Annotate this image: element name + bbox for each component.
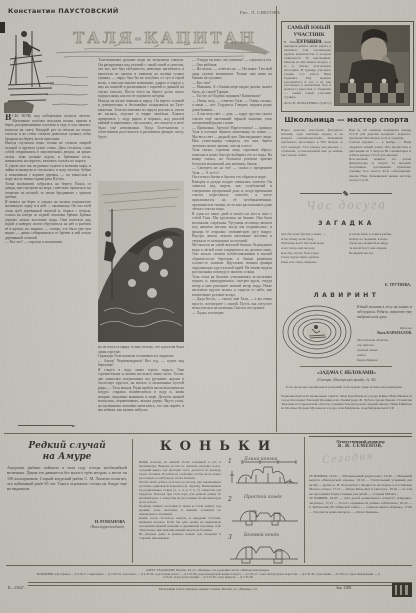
vertical-rule bbox=[276, 6, 277, 432]
skate-diagrams: 1 Длина конька 2 Простой конёк 3 Беговой… bbox=[226, 453, 300, 565]
editor-block: Ответственный редактор В. И. СЕМЕНОВ. bbox=[309, 436, 412, 449]
story-column-2-bottom: но не попал в марку только потому, что я… bbox=[98, 345, 184, 428]
footer-stamp bbox=[392, 583, 412, 597]
svg-text:2: 2 bbox=[227, 496, 232, 503]
radio-script-header: Сегодня bbox=[322, 450, 375, 466]
riddle-author: Е. ТРУТНЕВА. bbox=[345, 283, 411, 287]
vertical-rule bbox=[304, 437, 305, 563]
svg-text:Простой конёк: Простой конёк bbox=[243, 493, 282, 500]
story-column-2-top: Тале-капитана дальние воды не волновали … bbox=[98, 58, 184, 179]
vertical-rule bbox=[132, 439, 133, 563]
apples-intro: Есть несколько правильных решений этой з… bbox=[286, 385, 407, 389]
svg-text:1: 1 bbox=[228, 458, 232, 465]
footer-printer: Типография газеты «Правда» имени Сталина… bbox=[60, 587, 356, 591]
radio-listings: 28 НОЯБРЯ, 16.00 — Музыкальный радиосеан… bbox=[309, 474, 412, 562]
footer-order: Зак. 2388. bbox=[336, 586, 352, 590]
labyrinth-maze-illustration bbox=[281, 303, 353, 361]
newspaper-page: Константин ПАУСТОВСКИЙ Рис. Л. СНЕГОВА. … bbox=[0, 0, 416, 613]
skates-body: Найди полоску из мягкой стали толщиной в… bbox=[139, 460, 221, 563]
riddle-headline: ЗАГАДКА bbox=[281, 220, 412, 227]
amur-author: Н. РОМАНОВА bbox=[7, 519, 125, 524]
footer-code: В—13647. bbox=[8, 586, 25, 590]
labyrinth-sent-by: Прислал bbox=[357, 326, 412, 330]
labyrinth-sender: Вася КАРАМАЛОВ. bbox=[357, 331, 412, 335]
apples-solvers: Первыми прислали правильные ответы: Лида… bbox=[281, 394, 412, 429]
photo-credit: Фото В. ЛОПАТЕНКО. (ТАСС). bbox=[284, 101, 332, 105]
pier-illustration bbox=[2, 25, 90, 113]
footer-rule bbox=[6, 565, 412, 566]
story-column-1-text: СЮ НОЧЬ над побережьем шумела метель. Ма… bbox=[5, 114, 91, 244]
labyrinth-headline: ЛАВИРИНТ bbox=[281, 292, 412, 299]
school-headline: Школьница — мастер спорта bbox=[281, 115, 412, 124]
amur-headline: Редкий случай на Амуре bbox=[6, 441, 128, 463]
editor-name: В. И. СЕМЕНОВ. bbox=[309, 444, 412, 449]
svg-text:Беговой конёк: Беговой конёк bbox=[243, 531, 279, 538]
svg-text:3: 3 bbox=[228, 534, 232, 541]
story-column-3: — Откуда ты взял, что капитан? — спросил… bbox=[192, 58, 272, 428]
riddle-verse-2: А когда жить и ловить рыбак, Помчу по ль… bbox=[349, 232, 412, 282]
labyrinth-address: Могилёвская область, гор. Кричев, средня… bbox=[357, 338, 412, 363]
tournament-body: В Минском городском Доме пионеров ребята… bbox=[284, 41, 331, 99]
skates-headline: КОНЬКИ bbox=[136, 439, 302, 454]
footer-phones: ТЕЛЕФОНЫ: для справок — Д 3-30-17, секре… bbox=[36, 573, 380, 581]
bottom-section-rule bbox=[4, 433, 412, 434]
dropcap: В bbox=[5, 114, 11, 122]
amur-author-note: (Наш корреспондент). bbox=[7, 525, 125, 529]
short-divider bbox=[300, 366, 392, 367]
labyrinth-task: Юный лыжник в лесу на лыжах и заблудился… bbox=[357, 305, 412, 320]
story-end-divider bbox=[18, 424, 76, 427]
story-title-outline: ТАЛЯ-КАПИТАН bbox=[66, 29, 264, 47]
school-column-2: Идя за 1,8 секунды перекрыла рекорд СССР… bbox=[349, 128, 411, 188]
riddle-verse-1: Два быстрых братца у меня, — Я ни обижу … bbox=[281, 232, 344, 282]
author-byline: Константин ПАУСТОВСКИЙ bbox=[8, 7, 119, 15]
footer-double-rule bbox=[28, 582, 412, 586]
amur-body: Амурские рыбаки поймали в этом году осет… bbox=[7, 465, 127, 517]
story-column-1: ВСЮ НОЧЬ над побережьем шумела метель. М… bbox=[5, 114, 91, 422]
school-column-1: Вчера девочка мастерски фигурного катани… bbox=[281, 128, 343, 188]
storm-wave-illustration bbox=[98, 181, 184, 342]
diamond-divider bbox=[300, 192, 392, 195]
apples-subtitle: (Смотри «Пионерскую правду» № 36) bbox=[281, 378, 412, 382]
boy-chess-photo bbox=[334, 25, 410, 106]
leisure-script-header: Час досуга bbox=[281, 196, 412, 214]
apples-headline: «ЗАДАЧА С ЯБЛОКАМИ» bbox=[281, 371, 412, 376]
